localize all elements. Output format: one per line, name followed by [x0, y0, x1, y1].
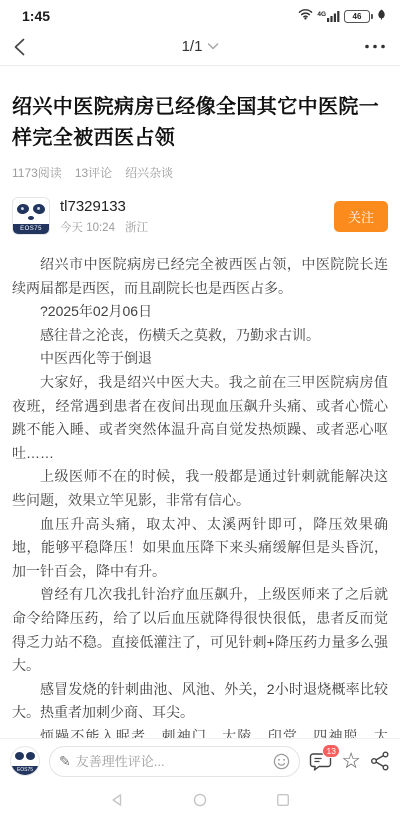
article-container: 绍兴中医院病房已经像全国其它中医院一样完全被西医占领 1173阅读 13评论 绍… [0, 92, 400, 772]
comments-button[interactable]: 13 [309, 751, 332, 772]
article-body: 绍兴市中医院病房已经完全被西医占领，中医院院长连续两届都是西医，而且副院长也是西… [12, 253, 388, 772]
power-save-leaf-icon [377, 7, 386, 25]
page-indicator-dropdown[interactable]: 1/1 [182, 38, 219, 55]
phone-screen: 1:45 4G 46 [0, 0, 400, 816]
post-time: 今天 10:24 [60, 219, 115, 235]
paragraph: ?2025年02月06日 [12, 300, 388, 324]
comment-bar: EOS75 ✎ 13 ☆ [0, 738, 400, 783]
paragraph: 感往昔之沦丧，伤横夭之莫救，乃勤求古训。 [12, 324, 388, 348]
page-title: 绍兴中医院病房已经像全国其它中医院一样完全被西医占领 [12, 92, 388, 154]
more-options-icon[interactable] [364, 44, 386, 49]
android-home-icon[interactable] [193, 793, 207, 807]
read-count: 1173阅读 [12, 164, 62, 181]
status-bar: 1:45 4G 46 [0, 0, 400, 28]
paragraph: 血压升高头痛，取太冲、太溪两针即可，降压效果确地，能够平稳降压！如果血压降下来头… [12, 513, 388, 584]
chevron-down-icon [207, 43, 218, 50]
paragraph: 绍兴市中医院病房已经完全被西医占领，中医院院长连续两届都是西医，而且副院长也是西… [12, 253, 388, 300]
paragraph: 大家好，我是绍兴中医大夫。我之前在三甲医院病房值夜班，经常遇到患者在夜间出现血压… [12, 371, 388, 465]
android-nav-bar [0, 783, 400, 816]
signal-strength-icon: 4G [317, 10, 340, 22]
avatar-caption: EOS75 [13, 224, 49, 234]
author-info: tl7329133 今天 10:24 浙江 [60, 198, 334, 235]
network-type-label: 4G [317, 11, 326, 18]
page-indicator: 1/1 [182, 38, 203, 55]
emoji-icon[interactable] [273, 753, 290, 770]
author-name[interactable]: tl7329133 [60, 198, 334, 215]
comment-count-badge: 13 [322, 744, 340, 758]
back-icon[interactable] [14, 38, 25, 56]
android-back-icon[interactable] [110, 793, 124, 807]
post-location: 浙江 [125, 219, 148, 235]
paragraph: 曾经有几次我扎针治疗血压飙升，上级医师来了之后就命令给降压药，给了以后血压就降得… [12, 583, 388, 677]
follow-button[interactable]: 关注 [334, 201, 388, 232]
battery-icon: 46 [344, 10, 373, 23]
pencil-icon: ✎ [59, 754, 71, 768]
topic-tag[interactable]: 绍兴杂谈 [125, 164, 173, 181]
nav-bar: 1/1 [0, 28, 400, 66]
clock-time: 1:45 [22, 8, 50, 24]
comment-count-label: 13评论 [75, 164, 112, 181]
author-avatar[interactable]: EOS75 [12, 197, 50, 235]
android-recents-icon[interactable] [276, 793, 290, 807]
comment-input[interactable] [76, 754, 269, 769]
paragraph: 感冒发烧的针刺曲池、风池、外关，2小时退烧概率比较大。热重者加刺少商、耳尖。 [12, 678, 388, 725]
paragraph: 上级医师不在的时候，我一般都是通过针刺就能解决这些问题，效果立竿见影，非常有信心… [12, 465, 388, 512]
wifi-icon [298, 7, 313, 25]
author-row: EOS75 tl7329133 今天 10:24 浙江 关注 [12, 197, 388, 235]
share-icon[interactable] [370, 751, 390, 771]
article-meta: 1173阅读 13评论 绍兴杂谈 [12, 164, 388, 181]
paragraph: 中医西化等于倒退 [12, 347, 388, 371]
status-icons: 4G 46 [298, 7, 386, 25]
comment-input-pill[interactable]: ✎ [49, 746, 300, 777]
battery-percent: 46 [353, 12, 362, 21]
user-avatar[interactable]: EOS75 [10, 746, 40, 776]
favorite-star-icon[interactable]: ☆ [341, 750, 361, 772]
